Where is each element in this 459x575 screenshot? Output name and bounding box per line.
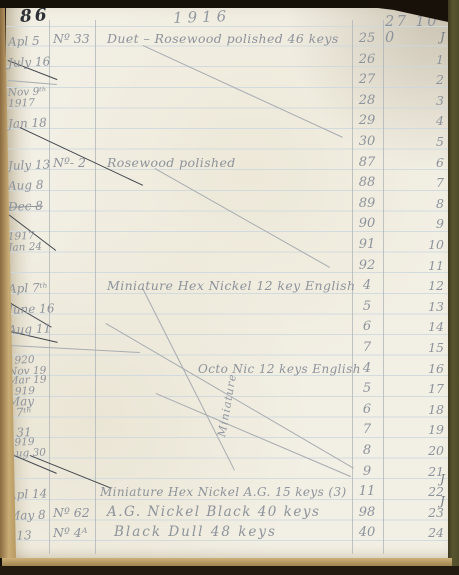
entry-serial: 40 [352,525,382,540]
entry-index: 2 [380,72,444,87]
entry-index: 9 [380,216,444,231]
ledger-row: 1919 Aug 30 8 20 [6,438,448,459]
ledger-row: ″ 31 7 19 [6,417,448,438]
entry-number: Nº 33 [53,31,101,46]
entry-date: Apl 14 [8,488,58,500]
ledger-row: Apl 7ᵗʰ Miniature Hex Nickel 12 key Engl… [6,273,448,294]
year-heading: 1916 [173,7,232,27]
photo-border-right [448,0,459,575]
entry-serial: 5 [352,381,382,396]
entry-number: Nº 62 [53,505,101,520]
entry-index: 10 [380,237,444,252]
ledger-row: June 16 5 13 [6,294,448,315]
ledger-page: 86 1916 Miniature Apl 5 Nº 33 Duet – Ros… [6,8,448,558]
ledger-row: 7 15 [6,335,448,356]
entry-serial: 11 [352,484,382,499]
entry-serial: 92 [352,258,382,273]
entry-index: 14 [380,319,444,334]
entry-index: 18 [380,402,444,417]
entry-index: 16 [380,361,444,376]
entry-serial: 26 [352,52,382,67]
ledger-row: July 16 26 1 [6,47,448,68]
ledger-row: 27 2 [6,67,448,88]
entry-number: Nº- 2 [53,155,101,170]
entry-index: 6 [380,155,444,170]
entry-index: 13 [380,299,444,314]
entry-serial: 28 [352,93,382,108]
entry-index: 1 [380,52,444,67]
entry-date: Nov 9ᵗʰ 1917 [8,86,59,109]
entry-index: 24 [380,525,444,540]
entry-description: A.G. Nickel Black 40 keys [107,504,362,520]
entry-index: 21 [380,464,444,479]
entry-serial: 98 [352,505,382,520]
entry-date: Aug 8 [8,179,58,191]
entry-date: Aug 11 [8,323,58,335]
ledger-row: Aug 11 6 14 [6,314,448,335]
entry-date: Apl 5 [8,35,58,47]
entry-serial: 89 [352,196,382,211]
entry-index: 15 [380,340,444,355]
entry-description: Rosewood polished [107,155,362,170]
ledger-row: ″ 13 Nº 4ᴬ Black Dull 48 keys 40 24 [6,520,448,541]
ledger-row: 1917 Jan 24 91 10 [6,232,448,253]
entry-index: 19 [380,422,444,437]
entry-serial: 6 [352,319,382,334]
entry-index: 22 [380,484,444,499]
entry-serial: 25 [352,31,382,46]
ledger-row: Mar 19 1919 5 17 [6,376,448,397]
entry-index: 4 [380,113,444,128]
ledger-photo: 86 1916 Miniature Apl 5 Nº 33 Duet – Ros… [0,0,459,575]
entry-serial: 91 [352,237,382,252]
ledger-row: 30 5 [6,129,448,150]
ledger-row: 92 11 [6,253,448,274]
ledger-row: Jan 18 29 4 [6,108,448,129]
entry-description: Duet – Rosewood polished 46 keys [107,31,362,46]
entry-serial: 87 [352,155,382,170]
ledger-row: 90 9 [6,211,448,232]
entry-index: 5 [380,134,444,149]
ledger-row: July 13 Nº- 2 Rosewood polished 87 6 [6,150,448,171]
entry-description: Black Dull 48 keys [114,524,369,540]
entry-date: Apl 7ᵗʰ [8,282,58,294]
entry-date: Jan 18 [8,117,58,129]
entry-serial: 30 [352,134,382,149]
entry-index: 8 [380,196,444,211]
entry-serial: 6 [352,402,382,417]
entry-serial: 7 [352,422,382,437]
entry-index: 12 [380,278,444,293]
entry-index: 3 [380,93,444,108]
entry-date: 1919 Aug 30 [8,436,59,459]
entry-description: Miniature Hex Nickel 12 key English [107,278,362,293]
entry-index: 7 [380,175,444,190]
ledger-row: 9 21 [6,459,448,480]
entry-index: 20 [380,443,444,458]
entry-serial: 29 [352,113,382,128]
entry-serial: 9 [352,464,382,479]
entry-date: 1917 Jan 24 [8,230,59,253]
entry-index: 23 [380,505,444,520]
photo-border-bottom [0,566,459,575]
ledger-row: Aug 8 88 7 [6,170,448,191]
ledger-row: Apl 14 Miniature Hex Nickel A.G. 15 keys… [6,479,448,500]
entry-index: 11 [380,258,444,273]
entry-serial: 88 [352,175,382,190]
ledger-row: May 8 Nº 62 A.G. Nickel Black 40 keys 98… [6,500,448,521]
entry-serial: 27 [352,72,382,87]
entry-serial: 4 [352,278,382,293]
entry-date: May 17ᵗʰ [8,395,59,418]
ledger-row: Apl 5 Nº 33 Duet – Rosewood polished 46 … [6,26,448,47]
entry-serial: 7 [352,340,382,355]
ledger-row: May 17ᵗʰ 6 18 [6,397,448,418]
entry-serial: 90 [352,216,382,231]
entry-serial: 4 [352,361,382,376]
entry-serial: 5 [352,299,382,314]
ledger-row: Nov 9ᵗʰ 1917 28 3 [6,88,448,109]
entry-serial: 8 [352,443,382,458]
entry-description: Miniature Hex Nickel A.G. 15 keys (3) [100,485,355,499]
folio-number: 86 [19,5,50,27]
ledger-row: 1920 Nov 19 Octo Nic 12 keys English 4 1… [6,356,448,377]
ledger-row: Dec 8 89 8 [6,191,448,212]
entry-number: Nº 4ᴬ [53,525,101,540]
entry-index: 17 [380,381,444,396]
